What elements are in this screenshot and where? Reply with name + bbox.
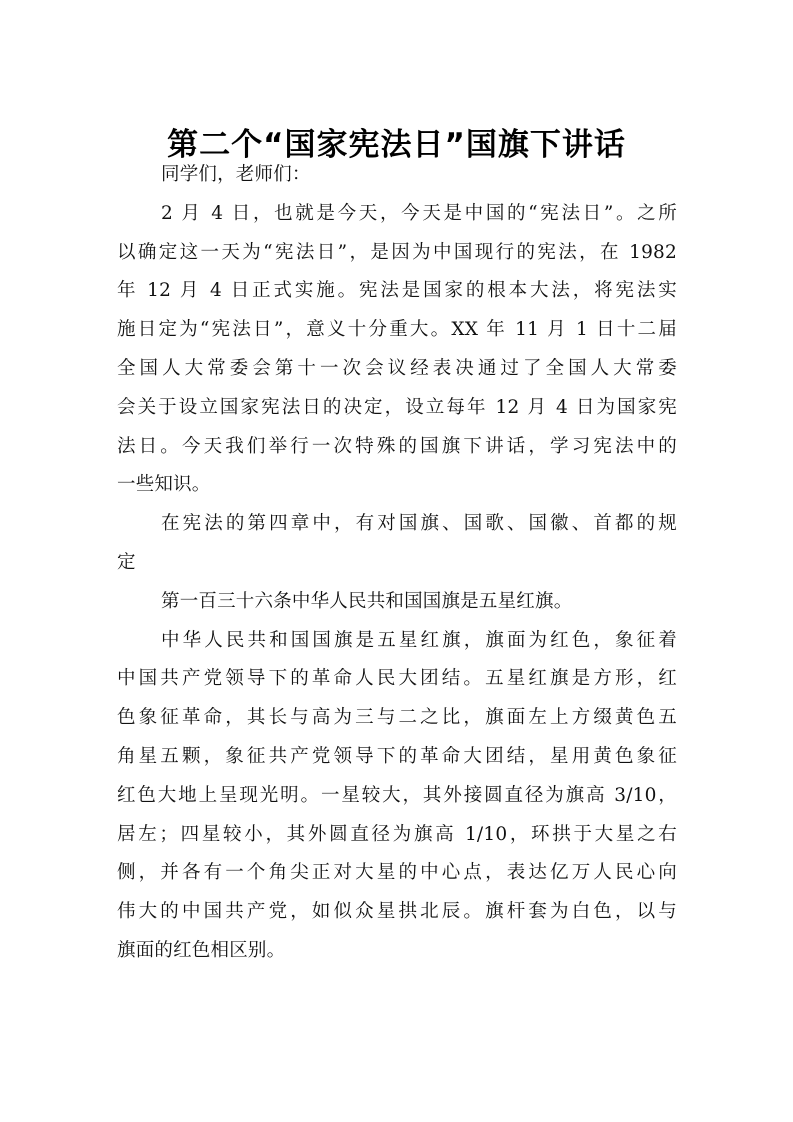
document-body: 同学们，老师们： 2 月 4 日，也就是今天，今天是中国的“宪法日”。之所 以确… bbox=[117, 156, 677, 971]
text-line: 在宪法的第四章中，有对国旗、国歌、国徽、首都的规 bbox=[117, 505, 677, 544]
text-line: 居左；四星较小，其外圆直径为旗高 1/10，环拱于大星之右 bbox=[117, 816, 677, 855]
text-line: 施日定为“宪法日”，意义十分重大。XX 年 11 月 1 日十二届 bbox=[117, 311, 677, 350]
text-line: 旗面的红色相区别。 bbox=[117, 932, 677, 971]
text-line: 中华人民共和国国旗是五星红旗，旗面为红色，象征着 bbox=[117, 622, 677, 661]
text-line: 第一百三十六条中华人民共和国国旗是五星红旗。 bbox=[117, 583, 677, 622]
text-line: 红色大地上呈现光明。一星较大，其外接圆直径为旗高 3/10， bbox=[117, 777, 677, 816]
text-line: 一些知识。 bbox=[117, 466, 677, 505]
text-line: 中国共产党领导下的革命人民大团结。五星红旗是方形，红 bbox=[117, 660, 677, 699]
text-line: 定 bbox=[117, 544, 677, 583]
text-line: 2 月 4 日，也就是今天，今天是中国的“宪法日”。之所 bbox=[117, 195, 677, 234]
text-line: 同学们，老师们： bbox=[117, 156, 677, 195]
text-line: 以确定这一天为“宪法日”，是因为中国现行的宪法，在 1982 bbox=[117, 234, 677, 273]
text-line: 法日。今天我们举行一次特殊的国旗下讲话，学习宪法中的 bbox=[117, 428, 677, 467]
text-line: 会关于设立国家宪法日的决定，设立每年 12 月 4 日为国家宪 bbox=[117, 389, 677, 428]
text-line: 年 12 月 4 日正式实施。宪法是国家的根本大法，将宪法实 bbox=[117, 272, 677, 311]
text-line: 侧，并各有一个角尖正对大星的中心点，表达亿万人民心向 bbox=[117, 854, 677, 893]
text-line: 角星五颗，象征共产党领导下的革命大团结，星用黄色象征 bbox=[117, 738, 677, 777]
text-line: 全国人大常委会第十一次会议经表决通过了全国人大常委 bbox=[117, 350, 677, 389]
text-line: 伟大的中国共产党，如似众星拱北辰。旗杆套为白色，以与 bbox=[117, 893, 677, 932]
text-line: 色象征革命，其长与高为三与二之比，旗面左上方缀黄色五 bbox=[117, 699, 677, 738]
